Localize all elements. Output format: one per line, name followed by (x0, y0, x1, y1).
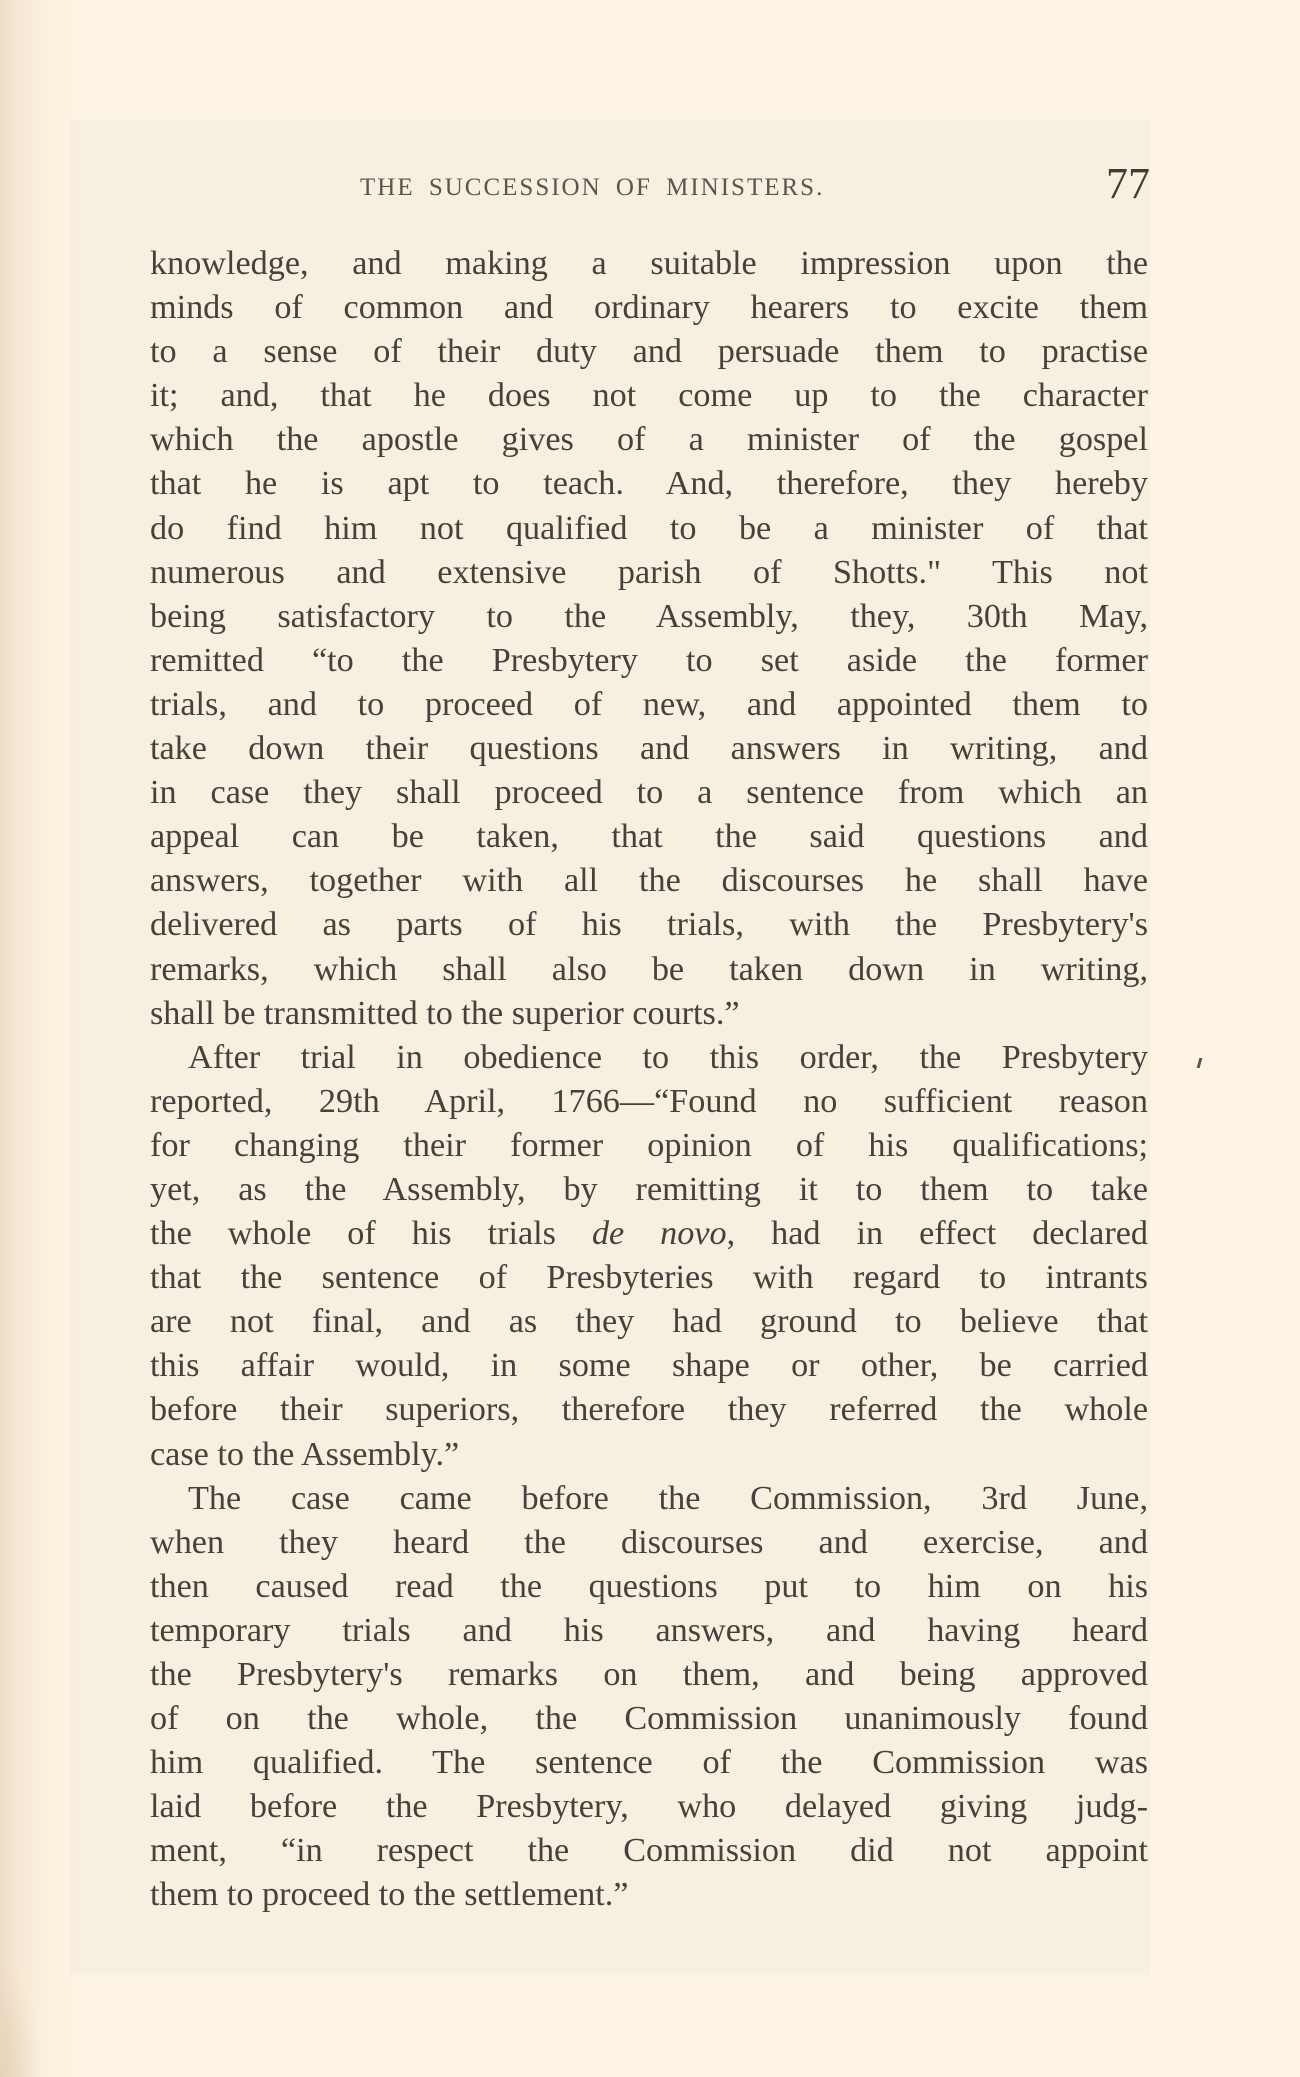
text-line: After trial in obedience to this order, … (150, 1036, 1148, 1080)
text-line: it; and, that he does not come up to the… (150, 374, 1148, 418)
text-line: The case came before the Commission, 3rd… (150, 1477, 1148, 1521)
text-line: knowledge, and making a suitable impress… (150, 242, 1148, 286)
text-line: reported, 29th April, 1766—“Found no suf… (150, 1080, 1148, 1124)
text-line: the Presbytery's remarks on them, and be… (150, 1653, 1148, 1697)
text-line: delivered as parts of his trials, with t… (150, 903, 1148, 947)
text-line: ment, “in respect the Commission did not… (150, 1829, 1148, 1873)
text-line: answers, together with all the discourse… (150, 859, 1148, 903)
running-title: THE SUCCESSION OF MINISTERS. (360, 174, 824, 202)
text-line: of on the whole, the Commission unanimou… (150, 1697, 1148, 1741)
paragraph-3: The case came before the Commission, 3rd… (150, 1477, 1148, 1918)
text-line: yet, as the Assembly, by remitting it to… (150, 1168, 1148, 1212)
text-line: appeal can be taken, that the said quest… (150, 815, 1148, 859)
text-line: when they heard the discourses and exerc… (150, 1521, 1148, 1565)
book-page: THE SUCCESSION OF MINISTERS. 77 knowledg… (0, 0, 1300, 2077)
text-line: remarks, which shall also be taken down … (150, 948, 1148, 992)
text-line: him qualified. The sentence of the Commi… (150, 1741, 1148, 1785)
running-head: THE SUCCESSION OF MINISTERS. 77 (150, 158, 1150, 214)
margin-mark (1197, 1058, 1203, 1068)
text-line: being satisfactory to the Assembly, they… (150, 595, 1148, 639)
text-line: trials, and to proceed of new, and appoi… (150, 683, 1148, 727)
text-line: them to proceed to the settlement.” (150, 1873, 1148, 1917)
text-line: take down their questions and answers in… (150, 727, 1148, 771)
page-number: 77 (1106, 158, 1150, 209)
italic-phrase: de novo (592, 1215, 727, 1252)
body-text: knowledge, and making a suitable impress… (150, 242, 1148, 1918)
text-line: to a sense of their duty and persuade th… (150, 330, 1148, 374)
text-line: that he is apt to teach. And, therefore,… (150, 462, 1148, 506)
text-line: shall be transmitted to the superior cou… (150, 992, 1148, 1036)
paragraph-2: After trial in obedience to this order, … (150, 1036, 1148, 1477)
paragraph-1: knowledge, and making a suitable impress… (150, 242, 1148, 1036)
text-line: which the apostle gives of a minister of… (150, 418, 1148, 462)
text-line: case to the Assembly.” (150, 1433, 1148, 1477)
text-line: this affair would, in some shape or othe… (150, 1344, 1148, 1388)
text-line: do find him not qualified to be a minist… (150, 507, 1148, 551)
text-line: numerous and extensive parish of Shotts.… (150, 551, 1148, 595)
text-line: in case they shall proceed to a sentence… (150, 771, 1148, 815)
text-line: then caused read the questions put to hi… (150, 1565, 1148, 1609)
text-line-with-italic: the whole of his trials de novo, had in … (150, 1212, 1148, 1256)
text-line: temporary trials and his answers, and ha… (150, 1609, 1148, 1653)
text-line: are not final, and as they had ground to… (150, 1300, 1148, 1344)
text-line: before their superiors, therefore they r… (150, 1388, 1148, 1432)
text-line: for changing their former opinion of his… (150, 1124, 1148, 1168)
text-line: remitted “to the Presbytery to set aside… (150, 639, 1148, 683)
text-line: that the sentence of Presbyteries with r… (150, 1256, 1148, 1300)
text-line: minds of common and ordinary hearers to … (150, 286, 1148, 330)
text-line: laid before the Presbytery, who delayed … (150, 1785, 1148, 1829)
